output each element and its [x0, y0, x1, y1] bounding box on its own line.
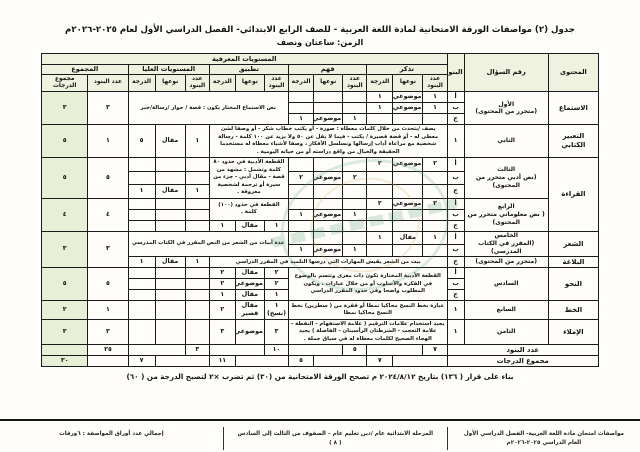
content-area-cell: التعبير الكتابي [548, 125, 598, 158]
table-cell [367, 220, 393, 231]
table-cell: ٢ [209, 268, 235, 279]
header-items-col: البنود [447, 54, 464, 92]
table-cell: ب [447, 209, 464, 220]
table-cell [155, 356, 209, 367]
table-cell: ٣ [209, 319, 235, 344]
table-cell [185, 268, 209, 279]
header-content-col: المحتوى [548, 54, 598, 92]
table-cell: مقال [393, 231, 423, 244]
table-cell: ٤ [42, 198, 88, 231]
table-cell: ١ [128, 257, 155, 268]
table-cell [314, 220, 343, 231]
table-cell: ٤ [88, 198, 128, 231]
table-cell [185, 301, 209, 319]
table-cell: موضوعي [235, 319, 264, 344]
table-cell: ٥ [128, 125, 155, 158]
table-cell [185, 279, 209, 290]
table-cell: مقال [235, 290, 264, 301]
table-cell: ١ [367, 92, 393, 103]
table-cell [185, 209, 209, 220]
table-cell: موضوعي [314, 171, 343, 184]
table-cell: ١ [289, 244, 314, 257]
table-cell: أ [447, 198, 464, 209]
table-cell: ١ [367, 103, 393, 114]
table-cell: مقال [155, 185, 185, 198]
table-cell: مقال [155, 125, 185, 158]
table-cell: ب [447, 103, 464, 114]
table-cell: ٣ [185, 345, 209, 356]
table-cell: الثالث (نص أدبي متحرر من المحتوى) [464, 158, 548, 198]
table-cell [235, 356, 288, 367]
table-cell [423, 114, 447, 125]
table-cell: الثاني [464, 125, 548, 158]
table-cell: ٥ [42, 158, 88, 198]
table-cell [155, 301, 185, 319]
spec-note-cell: القطعة الأدبية في حدود ٨٠ كلمة وتشمل : م… [209, 158, 288, 198]
table-cell: ١٠ [264, 345, 288, 356]
table-cell [314, 158, 343, 171]
table-cell: ٢ [209, 279, 235, 290]
table-cell: ٥ [42, 268, 88, 301]
table-cell [367, 244, 393, 257]
header-sub-type: نوعها [314, 75, 343, 92]
table-cell [393, 185, 423, 198]
table-cell: موضوعي [314, 209, 343, 220]
header-sub-total-items: عدد البنود [88, 75, 128, 92]
table-cell: ٣ [42, 231, 88, 268]
table-cell: موضوعي [235, 279, 264, 290]
table-cell: الرابع ( نص معلوماتي متحرر من المحتوى) [464, 198, 548, 231]
table-cell: ٣ [42, 319, 88, 344]
table-cell: ١ [88, 301, 128, 319]
spec-note-cell: القطعة الأدبية المختارة تكون ذات مغزى وت… [289, 268, 448, 301]
footer-sheet-count: إجمالي عدد أوراق المواصفة : ٦ورقات [0, 427, 223, 450]
table-cell: السابع [464, 301, 548, 319]
table-cell: ٢٥ [88, 345, 128, 356]
header-sub-type: نوعها [235, 75, 264, 92]
table-cell: ١ [289, 114, 314, 125]
table-cell: السادس [464, 268, 548, 301]
table-cell: ٢ [289, 171, 314, 184]
page-title: جدول (٢) مواصفات الورقة الامتحانية لمادة… [0, 0, 640, 35]
table-cell: ١ [209, 290, 235, 301]
table-cell: ب [447, 244, 464, 257]
table-cell: ٧ [423, 345, 447, 356]
header-group-total: المجموع [42, 64, 129, 75]
spec-note-cell: نص الاستماع المختار يكون : قصة / حوار /ر… [128, 92, 289, 125]
table-cell: ١ [423, 231, 447, 244]
table-cell: ١ [343, 114, 367, 125]
spec-sheet-page: جدول (٢) مواصفات الورقة الامتحانية لمادة… [0, 0, 640, 452]
table-cell: ٥ [289, 356, 314, 367]
table-cell [155, 268, 185, 279]
table-cell [185, 171, 209, 184]
table-cell [343, 185, 367, 198]
table-cell: مقال [155, 257, 185, 268]
table-cell: أ [447, 92, 464, 103]
table-cell [128, 198, 155, 209]
header-group-comprehension: فهم [289, 64, 367, 75]
table-cell [88, 356, 128, 367]
table-cell: ١ [264, 220, 288, 231]
table-cell [367, 209, 393, 220]
table-cell: ج [447, 290, 464, 301]
header-sub-count: عدد البنود [343, 75, 367, 92]
table-cell: موضوعي [393, 103, 423, 114]
table-cell [289, 103, 314, 114]
header-sub-count: عدد البنود [264, 75, 288, 92]
table-cell [185, 319, 209, 344]
table-cell [128, 268, 155, 279]
table-cell: ٣ [88, 231, 128, 268]
table-cell: ١ [343, 209, 367, 220]
table-cell [155, 158, 185, 171]
table-cell: ٢ [264, 279, 288, 290]
table-cell: ٣٠ [42, 356, 88, 367]
table-cell [128, 158, 155, 171]
table-cell: موضوعي [393, 198, 423, 209]
footer-page-number: ( ٨ ) [228, 439, 443, 447]
table-cell: ١ [88, 125, 128, 158]
table-cell [128, 345, 185, 356]
table-cell: ١ (نسخ) [264, 301, 288, 319]
table-cell: مقال [235, 220, 264, 231]
table-cell: ٣ [264, 319, 288, 344]
table-cell: الثامن [464, 319, 548, 344]
table-cell: ١ [447, 319, 464, 344]
table-cell: ١ [447, 301, 464, 319]
header-sub-mark: الدرجة [289, 75, 314, 92]
table-cell [155, 279, 185, 290]
header-sub-type: نوعها [393, 75, 423, 92]
table-cell [423, 209, 447, 220]
header-sub-count: عدد البنود [185, 75, 209, 92]
table-cell: ج [447, 220, 464, 231]
header-group-application: تطبيق [209, 64, 288, 75]
table-cell [155, 319, 185, 344]
table-cell [343, 92, 367, 103]
table-cell [343, 103, 367, 114]
table-cell: ١ [289, 209, 314, 220]
table-cell: ٥ [88, 268, 128, 301]
table-cell [393, 171, 423, 184]
table-cell [314, 185, 343, 198]
content-area-cell: الإملاء [548, 319, 598, 344]
footer-subject-info: مواصفات امتحان مادة اللغة العربية- الفصل… [448, 427, 640, 450]
table-cell [314, 231, 343, 244]
table-cell [393, 209, 423, 220]
table-cell [128, 209, 155, 220]
table-cell [289, 185, 314, 198]
content-area-cell: البلاغة [548, 257, 598, 268]
exam-spec-table: المحتوى رقم السؤال البنود المستويات المع… [41, 53, 599, 367]
header-question-col: رقم السؤال [464, 54, 548, 92]
header-sub-type: نوعها [155, 75, 185, 92]
table-cell: ج [447, 185, 464, 198]
table-cell [343, 158, 367, 171]
table-cell: موضوعي [393, 158, 423, 171]
table-cell: ١ [185, 257, 209, 268]
table-cell [289, 198, 314, 209]
table-cell [343, 220, 367, 231]
table-cell [128, 290, 155, 301]
table-cell: الأول (متحرر من المحتوى) [464, 92, 548, 125]
table-cell [314, 103, 343, 114]
table-cell [343, 231, 367, 244]
table-cell [343, 198, 367, 209]
table-cell [393, 356, 447, 367]
table-cell [289, 158, 314, 171]
table-cell [289, 231, 314, 244]
table-cell [42, 345, 88, 356]
table-cell: ١ [343, 244, 367, 257]
table-cell [155, 171, 185, 184]
table-cell: ج [447, 114, 464, 125]
spec-note-cell: القطعة في حدود (١٠٠) كلمة . [209, 198, 288, 220]
table-cell: ٢ [423, 158, 447, 171]
table-cell [367, 345, 423, 356]
table-cell: ١ [423, 92, 447, 103]
table-cell: عدد البنود [447, 345, 598, 356]
table-cell: ٢ [264, 268, 288, 279]
table-cell: ٣ [42, 92, 88, 125]
table-cell [423, 244, 447, 257]
footer-divider [0, 419, 640, 421]
table-cell [128, 279, 155, 290]
table-cell [367, 171, 393, 184]
table-cell [185, 290, 209, 301]
spec-note-cell: بيت من الشعر يقيس المهارات التي درسها ال… [209, 257, 447, 268]
table-cell [128, 319, 155, 344]
content-area-cell: النحو [548, 268, 598, 301]
table-cell: أ [447, 158, 464, 171]
table-cell: ٢ [367, 158, 393, 171]
table-cell: أ [447, 268, 464, 279]
content-area-cell: الخط [548, 301, 598, 319]
spec-note-cell: يجيد استخدام علامات الترقيم ( علامة الاس… [289, 319, 448, 344]
table-cell: ١ [185, 185, 209, 198]
table-cell [367, 185, 393, 198]
table-cell [423, 220, 447, 231]
table-cell: ب [447, 171, 464, 184]
table-cell: أ [447, 231, 464, 244]
table-cell: ١ [447, 125, 464, 158]
table-cell: مجموع الدرجات [447, 356, 598, 367]
table-cell [393, 244, 423, 257]
table-cell [289, 345, 343, 356]
table-cell: ٥ [88, 158, 128, 198]
table-cell [209, 345, 264, 356]
table-cell: ١ [209, 220, 235, 231]
table-cell: ٥ [343, 345, 367, 356]
table-cell [128, 301, 155, 319]
table-cell [128, 171, 155, 184]
table-cell [393, 114, 423, 125]
table-cell: ١ [264, 290, 288, 301]
footer-stage-info: المرحلة الابتدائية عام /دين تعليم عام – … [223, 427, 448, 450]
spec-note-cell: عبارة بخط النسخ محاكيا نمطا أو فقرة من (… [289, 301, 448, 319]
header-sub-count: عدد البنود [423, 75, 447, 92]
table-cell: ١ [367, 231, 393, 244]
table-cell: ٢ [42, 301, 88, 319]
table-cell [423, 171, 447, 184]
table-cell [185, 158, 209, 171]
table-cell: ٧ [367, 356, 393, 367]
table-cell [314, 356, 367, 367]
table-cell: الخامس (المقرر في الكتاب المدرسي) [464, 231, 548, 257]
table-cell: ١ [423, 103, 447, 114]
table-cell: ٢ [343, 171, 367, 184]
table-cell: ٢ [209, 301, 235, 319]
header-cognitive-levels: المستويات المعرفية [42, 54, 448, 65]
table-cell: موضوعي [314, 244, 343, 257]
header-sub-mark: الدرجة [209, 75, 235, 92]
table-cell: موضوعي [393, 92, 423, 103]
header-group-higher-levels: المستويات العليا [128, 64, 209, 75]
page-footer: مواصفات امتحان مادة اللغة العربية- الفصل… [0, 427, 640, 450]
content-area-cell: القراءة [548, 158, 598, 231]
table-cell [423, 185, 447, 198]
table-cell: موضوعي [314, 114, 343, 125]
spec-note-cell: عدة أبيات من الشعر من النص المقرر في الك… [128, 231, 289, 257]
table-cell [314, 198, 343, 209]
content-area-cell: الشعر [548, 231, 598, 257]
table-cell: ب [447, 279, 464, 290]
grading-decision-note: بناء على قرار ( ١٣٦) بتاريخ ٢٠٢٤/٨/١٢ م … [0, 372, 640, 381]
table-cell: (متحرر من المحتوى) [464, 257, 548, 268]
table-cell [367, 114, 393, 125]
table-cell: ٥ [42, 125, 88, 158]
header-sub-mark: الدرجة [367, 75, 393, 92]
content-area-cell: الاستماع [548, 92, 598, 125]
table-cell [155, 209, 185, 220]
table-cell [185, 220, 209, 231]
table-cell [185, 198, 209, 209]
table-cell: ٢ [367, 198, 393, 209]
header-sub-mark: الدرجة [128, 75, 155, 92]
table-cell: ج [447, 257, 464, 268]
table-cell [155, 220, 185, 231]
table-cell [289, 220, 314, 231]
header-group-recall: تذكر [367, 64, 447, 75]
table-cell [155, 198, 185, 209]
table-cell: ١١ [209, 356, 235, 367]
table-cell: ١ [185, 125, 209, 158]
table-cell: ٣ [88, 92, 128, 125]
spec-note-cell: يصف /يتحدث من خلال كلمات معطاة : صورة - … [209, 125, 447, 158]
table-cell: ٢ [423, 198, 447, 209]
table-cell [314, 92, 343, 103]
table-cell: ١ [128, 185, 155, 198]
table-cell [128, 220, 155, 231]
header-sub-total-marks: مجموع الدرجات [42, 75, 88, 92]
table-cell [155, 290, 185, 301]
table-cell [393, 220, 423, 231]
table-cell [289, 92, 314, 103]
table-cell: ٧ [128, 356, 155, 367]
table-cell: ٣ [88, 319, 128, 344]
exam-duration-label: الزمن: ساعتان ونصف [0, 38, 640, 47]
table-cell: مقال [235, 268, 264, 279]
table-cell: مقال قصير [235, 301, 264, 319]
